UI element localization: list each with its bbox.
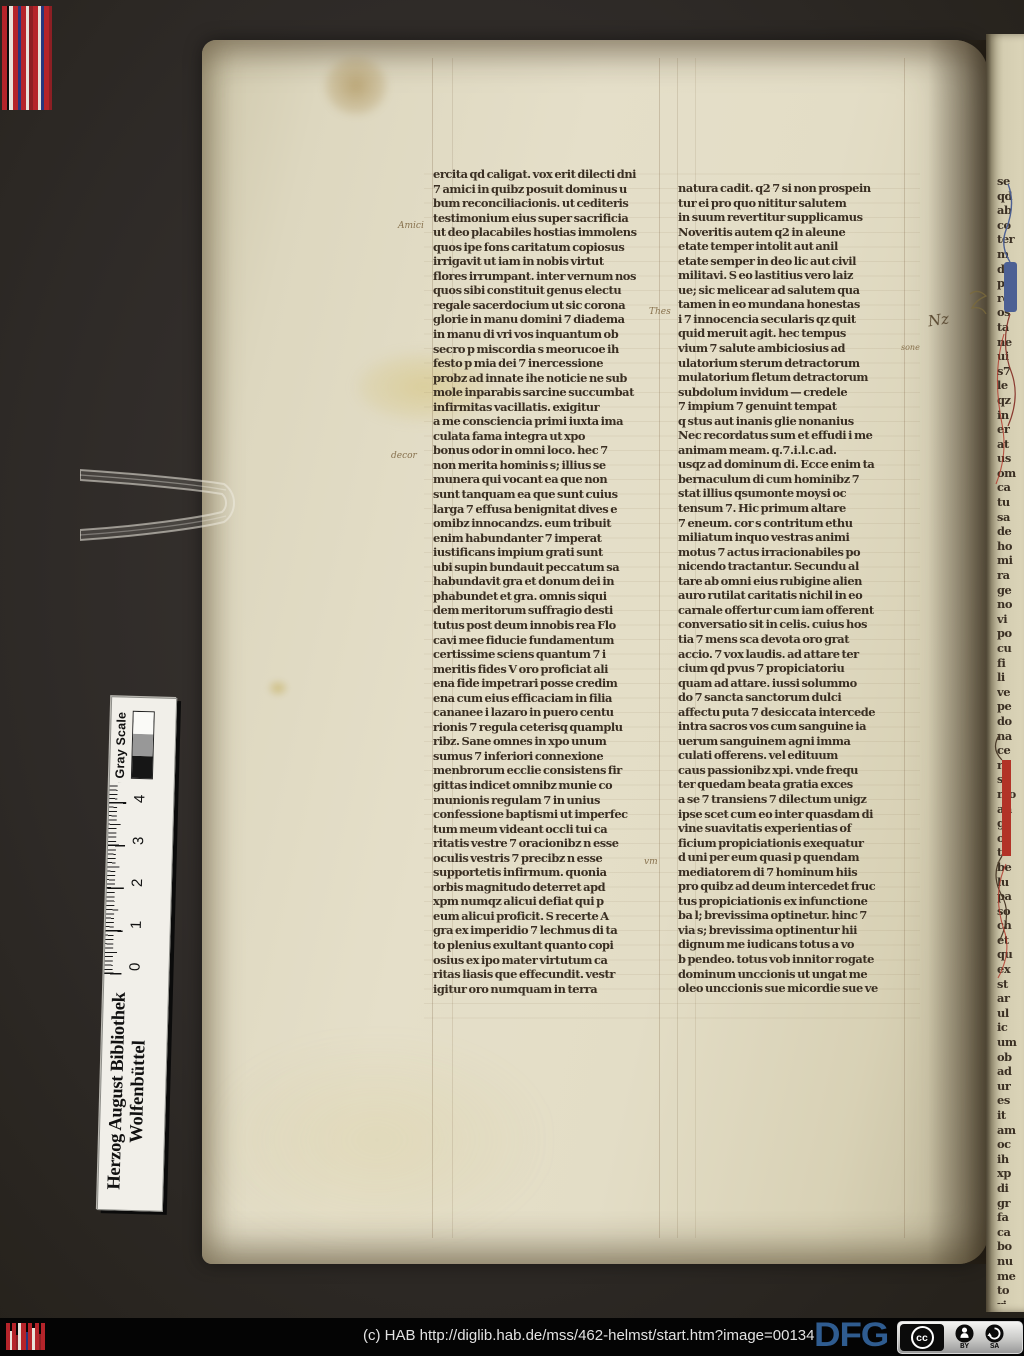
glass-rod-page-holder: [80, 448, 260, 558]
patch-black: [132, 756, 153, 779]
digitized-manuscript-photo: ercita qd caligat. vox erit dilecti dni …: [0, 0, 1024, 1356]
patch-gray: [133, 734, 154, 757]
cc-by-element: BY: [955, 1324, 974, 1351]
ruler-cm-ticks: [104, 782, 126, 974]
library-name-block: Herzog August Bibliothek Wolfenbüttel: [98, 974, 166, 1209]
text-column-right: natura cadit. q2 7 si non prospein tur e…: [678, 181, 912, 1029]
cc-sa-element: SA: [985, 1324, 1004, 1351]
text-column-left: ercita qd caligat. vox erit dilecti dni …: [433, 167, 667, 1015]
gray-scale-label: Gray Scale: [113, 699, 129, 782]
cc-by-person-icon: [955, 1324, 974, 1343]
color-control-strip-bottom: [6, 1323, 60, 1350]
next-page-flourishes: [986, 34, 1024, 1312]
gutter-pen-squiggle: [968, 284, 998, 324]
marginal-note-decor: decor: [391, 452, 417, 461]
next-page-edge: se qd ab co ter m dis ple ro os ta ne ui…: [986, 34, 1024, 1312]
gray-scale-patches: [131, 711, 155, 780]
marginal-note-thes: Thes: [649, 308, 671, 317]
cc-circle-icon: cc: [911, 1326, 934, 1349]
color-control-strip-top: [2, 6, 52, 110]
gutter-shadow: [928, 40, 988, 1264]
dfg-logo: DFG: [814, 1316, 888, 1355]
ruler: 0 1 2 3 4: [104, 782, 171, 976]
marginal-note-right-word: sone: [901, 343, 920, 352]
patch-white: [133, 712, 154, 735]
footer-bar: (c) HAB http://diglib.hab.de/mss/462-hel…: [0, 1318, 1024, 1356]
ruler-number-1: 1: [128, 920, 145, 929]
cc-sa-arrow-icon: [985, 1324, 1004, 1343]
gray-scale-card: Herzog August Bibliothek Wolfenbüttel 0 …: [97, 696, 177, 1212]
ruler-number-3: 3: [130, 836, 147, 845]
cc-license-badge: cc BY SA: [897, 1321, 1023, 1354]
cc-logo: cc: [900, 1324, 944, 1351]
gray-scale-block: Gray Scale: [110, 699, 174, 784]
ruler-number-0: 0: [127, 962, 144, 971]
marginal-note-um: vm: [644, 858, 658, 867]
marginal-note-amici: Amici: [398, 222, 424, 231]
ruler-number-2: 2: [129, 878, 146, 887]
copyright-url-text: (c) HAB http://diglib.hab.de/mss/462-hel…: [363, 1327, 814, 1344]
cc-by-label: BY: [960, 1343, 969, 1351]
cc-sa-label: SA: [990, 1343, 999, 1351]
ruler-number-4: 4: [131, 794, 148, 803]
